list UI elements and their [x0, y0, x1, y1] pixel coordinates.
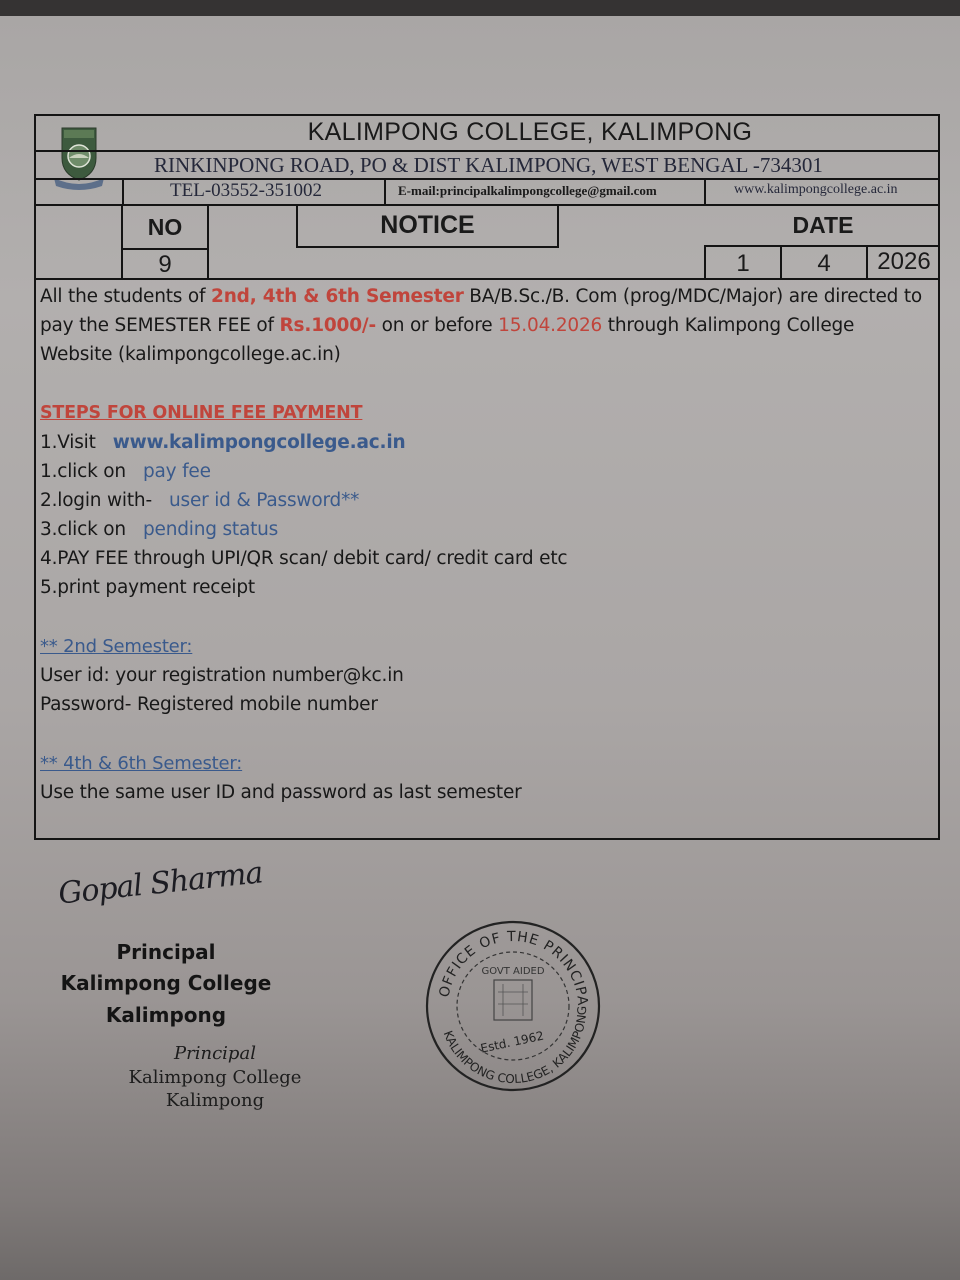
due-date: 15.04.2026 [498, 315, 602, 336]
notice-number-box: NO 9 [121, 204, 209, 280]
notice-title: NOTICE [298, 211, 557, 240]
intro-line-1: All the students of 2nd, 4th & 6th Semes… [40, 282, 922, 311]
notice-document: KALIMPONG COLLEGE, KALIMPONG RINKINPONG … [0, 0, 960, 1280]
address: RINKINPONG ROAD, PO & DIST KALIMPONG, WE… [154, 153, 823, 178]
divider [34, 204, 36, 280]
step-text: 1.Visit [40, 432, 96, 453]
step-item: 4.PAY FEE through UPI/QR scan/ debit car… [40, 544, 567, 573]
official-seal-icon: OFFICE OF THE PRINCIPAL KALIMPONG COLLEG… [418, 914, 608, 1094]
semester-highlight: 2nd, 4th & 6th Semester [211, 286, 464, 307]
sem46-text: Use the same user ID and password as las… [40, 778, 522, 807]
steps-heading: STEPS FOR ONLINE FEE PAYMENT [40, 399, 362, 428]
svg-text:GOVT AIDED: GOVT AIDED [481, 966, 544, 977]
step-action: pay fee [143, 461, 211, 482]
intro-text: BA/B.Sc./B. Com (prog/MDC/Major) are dir… [464, 286, 922, 307]
divider [122, 178, 124, 204]
step-item: 5.print payment receipt [40, 573, 255, 602]
svg-text:Estd. 1962: Estd. 1962 [479, 1029, 545, 1056]
rubber-stamp-title: Principal [115, 1043, 315, 1064]
sem2-user-id: User id: your registration number@kc.in [40, 661, 404, 690]
step-action: user id & Password** [169, 490, 359, 511]
divider [704, 178, 706, 204]
telephone: TEL-03552-351002 [170, 180, 322, 202]
step-item: 2.login with- user id & Password** [40, 486, 359, 515]
divider [384, 178, 386, 204]
step-action: pending status [143, 519, 278, 540]
step-text: 3.click on [40, 519, 126, 540]
sem2-password: Password- Registered mobile number [40, 690, 378, 719]
intro-text: through Kalimpong College [602, 315, 854, 336]
divider [36, 178, 122, 180]
institution-name: KALIMPONG COLLEGE, KALIMPONG [122, 118, 938, 147]
notice-number: 9 [123, 251, 207, 279]
signatory-place: Kalimpong [60, 1003, 272, 1027]
intro-text: on or before [376, 315, 498, 336]
fee-amount: Rs.1000/- [280, 315, 376, 336]
handwritten-signature: Gopal Sharma [57, 855, 264, 911]
title-row: KALIMPONG COLLEGE, KALIMPONG [122, 116, 938, 152]
logo-cell [36, 116, 122, 204]
intro-text: pay the SEMESTER FEE of [40, 315, 280, 336]
address-row: RINKINPONG ROAD, PO & DIST KALIMPONG, WE… [122, 150, 938, 180]
sem2-heading: ** 2nd Semester: [40, 632, 192, 661]
email: E-mail:principalkalimpongcollege@gmail.c… [398, 183, 657, 199]
svg-text:OFFICE OF THE PRINCIPAL: OFFICE OF THE PRINCIPAL [418, 914, 590, 1007]
signatory-college: Kalimpong College [60, 971, 272, 995]
date-year: 2026 [868, 248, 940, 276]
rubber-stamp-college: Kalimpong College [115, 1067, 315, 1088]
step-text: 1.click on [40, 461, 126, 482]
divider [36, 150, 122, 152]
date-label: DATE [760, 212, 886, 239]
college-crest-icon [54, 124, 104, 190]
background-edge [0, 0, 960, 16]
step-text: 2.login with- [40, 490, 152, 511]
intro-text: All the students of [40, 286, 211, 307]
step-item: 1.Visit www.kalimpongcollege.ac.in [40, 428, 405, 457]
letterhead: KALIMPONG COLLEGE, KALIMPONG RINKINPONG … [34, 114, 940, 206]
contact-row: TEL-03552-351002 E-mail:principalkalimpo… [122, 178, 938, 204]
step-item: 1.click on pay fee [40, 457, 211, 486]
rubber-stamp-place: Kalimpong [115, 1090, 315, 1111]
website-link[interactable]: www.kalimpongcollege.ac.in [113, 432, 406, 453]
date-day: 1 [706, 250, 780, 278]
date-box: 1 4 2026 [704, 245, 940, 280]
signatory-title: Principal [60, 940, 272, 964]
date-month: 4 [782, 250, 866, 278]
notice-number-label: NO [123, 214, 207, 241]
divider [938, 204, 940, 280]
step-item: 3.click on pending status [40, 515, 278, 544]
divider [123, 248, 207, 250]
intro-line-3: Website (kalimpongcollege.ac.in) [40, 340, 341, 369]
sem46-heading: ** 4th & 6th Semester: [40, 749, 242, 778]
intro-line-2: pay the SEMESTER FEE of Rs.1000/- on or … [40, 311, 854, 340]
website: www.kalimpongcollege.ac.in [734, 182, 898, 198]
notice-title-box: NOTICE [296, 204, 559, 248]
notice-body: All the students of 2nd, 4th & 6th Semes… [34, 278, 940, 840]
